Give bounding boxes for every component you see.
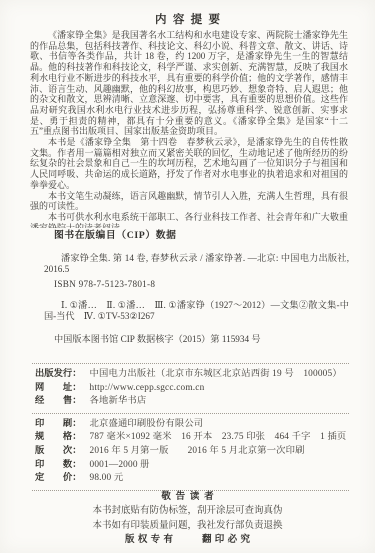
imprint-row: 印 刷： 北京盛通印刷股份有限公司 (32, 418, 349, 432)
imprint-section: 出版发行： 中国电力出版社（北京市东城区北京站西街 19 号 100005） 网… (32, 363, 349, 491)
imprint-value: 0001—2000 册 (90, 459, 150, 473)
reader-notice-section: 敬告读者 本书封底贴有防伪标签，刮开涂层可查询真伪 本书如有印装质量问题，我社发… (0, 490, 375, 548)
abstract-paragraph: 《潘家铮全集》是我国著名水工结构和水电建设专家、两院院士潘家铮先生的作品总集，包… (30, 30, 348, 137)
copyright-statement: 版权专有 翻印必究 (0, 533, 375, 548)
imprint-label: 版 次： (35, 445, 82, 459)
imprint-row: 印 数： 0001—2000 册 (32, 459, 349, 473)
imprint-label: 出版发行： (35, 368, 82, 382)
imprint-row: 网 址： http://www.cepp.sgcc.com.cn (32, 382, 349, 396)
notice-line: 本书如有印装质量问题，我社发行部负责退换 (0, 519, 375, 534)
cip-isbn: ISBN 978-7-5123-7801-8 (30, 279, 349, 290)
copyright-page: 内容提要 《潘家铮全集》是我国著名水工结构和水电建设专家、两院院士潘家铮先生的作… (0, 0, 375, 553)
imprint-group-distribution: 出版发行： 中国电力出版社（北京市东城区北京站西街 19 号 100005） 网… (32, 364, 349, 413)
abstract-paragraph: 本书文笔生动凝练，语言风趣幽默，情节引人入胜，充满人生哲理，具有很强的可读性。 (30, 191, 348, 212)
notice-line: 本书封底贴有防伪标签，刮开涂层可查询真伪 (0, 504, 375, 519)
cip-record: 潘家铮全集. 第 14 卷, 春梦秋云录 / 潘家铮著. —北京: 中国电力出版… (30, 253, 349, 275)
abstract-paragraph: 本书是《潘家铮全集 第十四卷 春梦秋云录》，是潘家铮先生的自传性散文集。作者用一… (30, 137, 348, 191)
imprint-value: 98.00 元 (90, 472, 124, 486)
imprint-row: 版 次： 2016 年 5 月第一版 2016 年 5 月北京第一次印刷 (32, 445, 349, 459)
imprint-value: 各地新华书店 (90, 395, 147, 409)
cip-registry: 中国版本图书馆 CIP 数据核字（2015）第 115934 号 (30, 334, 349, 345)
imprint-group-printing: 印 刷： 北京盛通印刷股份有限公司 规 格： 787 毫米×1092 毫米 16… (32, 414, 349, 490)
imprint-value: http://www.cepp.sgcc.com.cn (90, 382, 205, 396)
imprint-row: 定 价： 98.00 元 (32, 472, 349, 486)
imprint-value: 787 毫米×1092 毫米 16 开本 23.75 印张 464 千字 1 插… (90, 431, 347, 445)
cip-section: 图书在版编目（CIP）数据 潘家铮全集. 第 14 卷, 春梦秋云录 / 潘家铮… (30, 230, 349, 345)
imprint-value: 2016 年 5 月第一版 2016 年 5 月北京第一次印刷 (90, 445, 305, 459)
abstract-section: 《潘家铮全集》是我国著名水工结构和水电建设专家、两院院士潘家铮先生的作品总集，包… (30, 30, 348, 228)
imprint-label: 印 刷： (35, 418, 82, 432)
abstract-paragraph: 本书可供水利水电系统干部职工、各行业科技工作者、社会青年和广大敬重潘家铮院士的读… (30, 212, 348, 228)
imprint-label: 经 售： (35, 395, 82, 409)
cip-heading: 图书在版编目（CIP）数据 (30, 230, 349, 241)
page-title: 内容提要 (0, 11, 375, 27)
imprint-value: 中国电力出版社（北京市东城区北京站西街 19 号 100005） (90, 368, 342, 382)
notice-heading: 敬告读者 (0, 490, 375, 504)
imprint-row: 经 售： 各地新华书店 (32, 395, 349, 409)
imprint-label: 印 数： (35, 459, 82, 473)
imprint-value: 北京盛通印刷股份有限公司 (90, 418, 204, 432)
cip-classification: Ⅰ. ①潘… Ⅱ. ①潘… Ⅲ. ①潘家铮（1927～2012）—文集②散文集-… (30, 300, 349, 322)
imprint-label: 网 址： (35, 382, 82, 396)
imprint-row: 出版发行： 中国电力出版社（北京市东城区北京站西街 19 号 100005） (32, 368, 349, 382)
imprint-label: 定 价： (35, 472, 82, 486)
imprint-row: 规 格： 787 毫米×1092 毫米 16 开本 23.75 印张 464 千… (32, 431, 349, 445)
imprint-label: 规 格： (35, 431, 82, 445)
